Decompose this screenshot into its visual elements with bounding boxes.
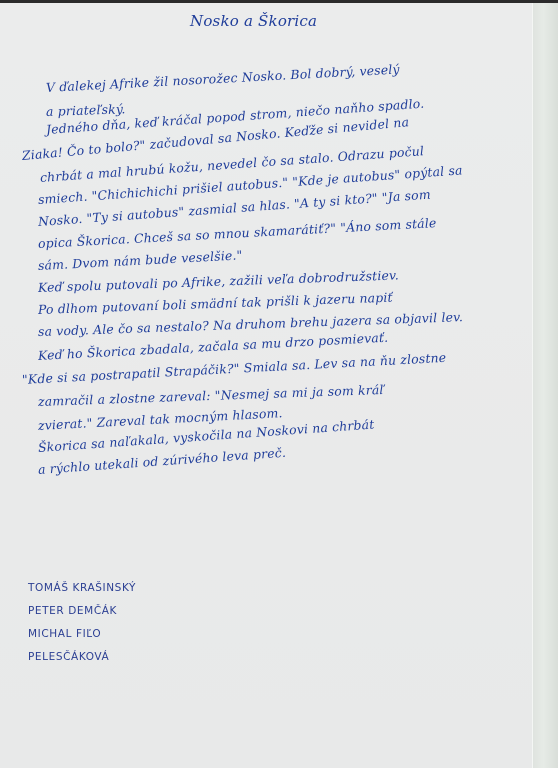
signature: Michal Fiľo bbox=[28, 628, 101, 640]
signature: Pelesčáková bbox=[28, 651, 109, 663]
story-title: Nosko a Škorica bbox=[190, 12, 317, 30]
signature: Tomáš Krašinský bbox=[28, 582, 136, 594]
scan-margin-strip bbox=[532, 3, 558, 768]
signature: Peter Demčák bbox=[28, 605, 117, 617]
